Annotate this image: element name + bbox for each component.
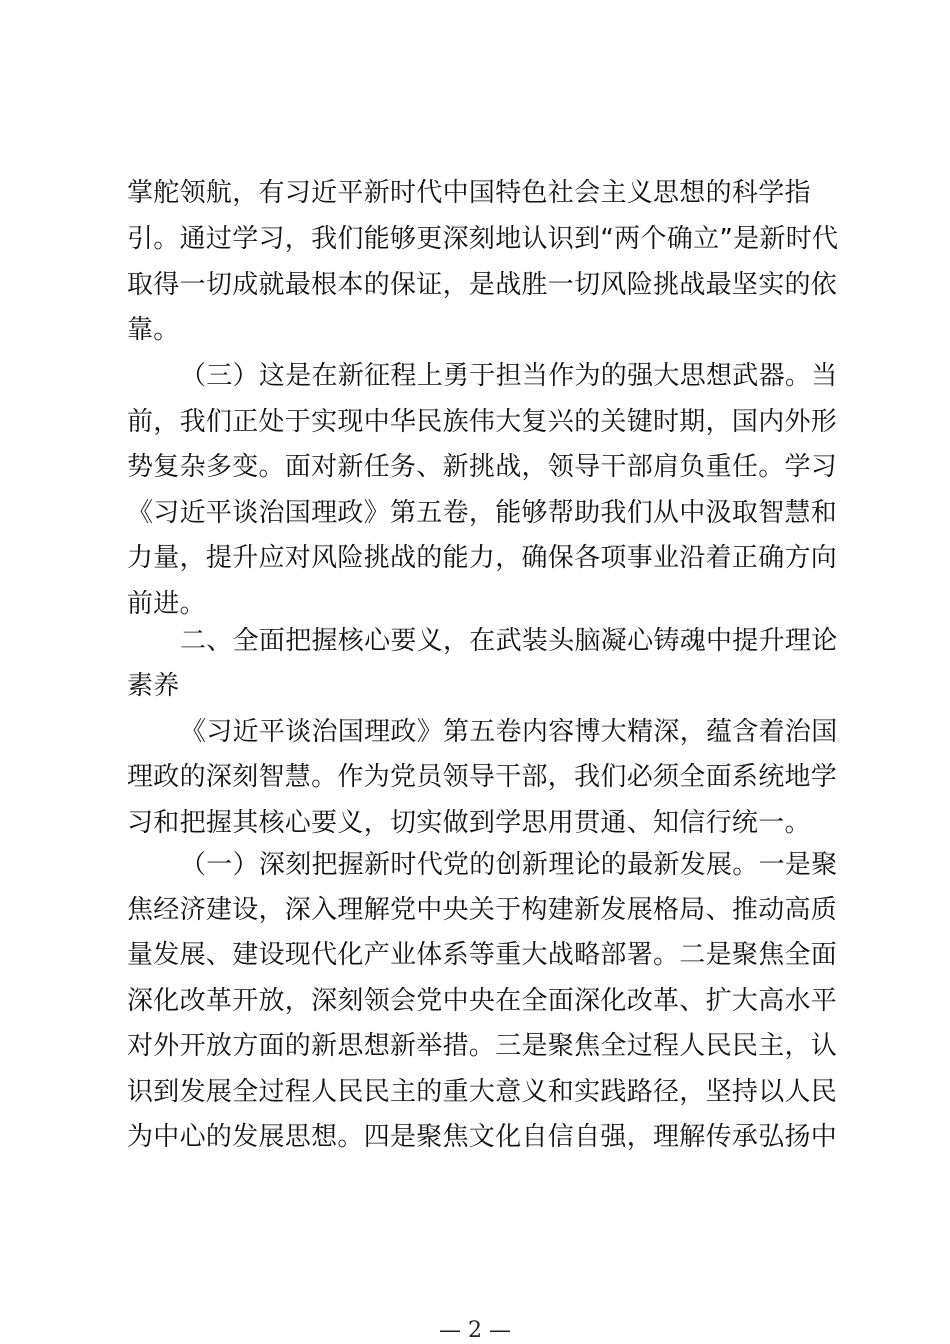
document-page: 掌舵领航，有习近平新时代中国特色社会主义思想的科学指 引。通过学习，我们能够更深…: [0, 0, 950, 1344]
paragraph-start: （一）深刻把握新时代党的创新理论的最新发展。一是聚: [180, 850, 827, 880]
text-line: 对外开放方面的新思想新举措。三是聚焦全过程人民民主，认: [127, 1031, 827, 1061]
page-number: — 2 —: [0, 1318, 950, 1343]
paragraph-start: （三）这是在新征程上勇于担当作为的强大思想武器。当: [180, 361, 827, 391]
text-line: 深化改革开放，深刻领会党中央在全面深化改革、扩大高水平: [127, 986, 827, 1016]
text-line: 取得一切成就最根本的保证，是战胜一切风险挑战最坚实的依: [127, 270, 827, 300]
text-line: 前进。: [127, 589, 827, 619]
text-line: 前，我们正处于实现中华民族伟大复兴的关键时期，国内外形: [127, 407, 827, 437]
text-line: 识到发展全过程人民民主的重大意义和实践路径，坚持以人民: [127, 1077, 827, 1107]
text-line: 焦经济建设，深入理解党中央关于构建新发展格局、推动高质: [127, 895, 827, 925]
text-line: 为中心的发展思想。四是聚焦文化自信自强，理解传承弘扬中: [127, 1122, 827, 1152]
section-heading: 二、全面把握核心要义，在武装头脑凝心铸魂中提升理论: [180, 626, 827, 656]
text-line: 靠。: [127, 315, 827, 345]
text-line: 力量，提升应对风险挑战的能力，确保各项事业沿着正确方向: [127, 543, 827, 573]
text-line: 《习近平谈治国理政》第五卷，能够帮助我们从中汲取智慧和: [127, 498, 827, 528]
section-heading-continued: 素养: [127, 671, 827, 701]
text-line: 势复杂多变。面对新任务、新挑战，领导干部肩负重任。学习: [127, 452, 827, 482]
text-line: 量发展、建设现代化产业体系等重大战略部署。二是聚焦全面: [127, 940, 827, 970]
paragraph-start: 《习近平谈治国理政》第五卷内容博大精深，蕴含着治国: [180, 717, 827, 747]
text-line: 引。通过学习，我们能够更深刻地认识到“两个确立”是新时代: [127, 224, 827, 254]
text-line: 掌舵领航，有习近平新时代中国特色社会主义思想的科学指: [127, 178, 827, 208]
text-line: 理政的深刻智慧。作为党员领导干部，我们必须全面系统地学: [127, 762, 827, 792]
text-line: 习和把握其核心要义，切实做到学思用贯通、知信行统一。: [127, 808, 827, 838]
